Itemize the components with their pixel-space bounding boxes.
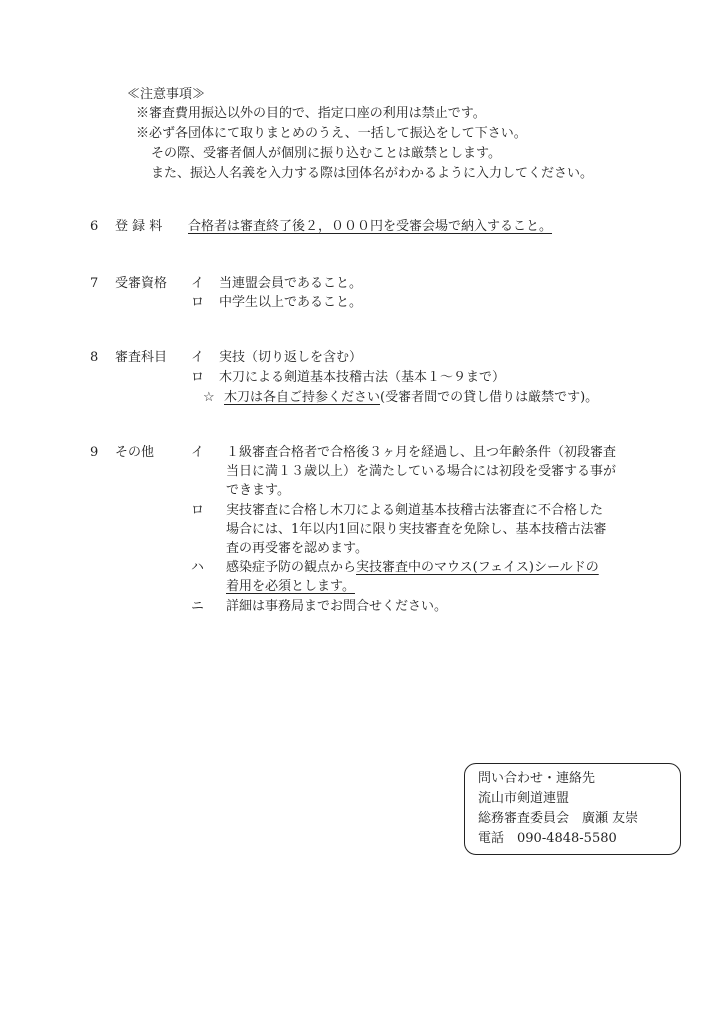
- item-text: 実技（切り返しを含む）: [219, 349, 362, 367]
- section-title: 審査科目: [115, 349, 167, 367]
- item-marker: ニ: [191, 598, 204, 616]
- note-line: ※必ず各団体にて取りまとめのうえ、一括して振込をして下さい。: [136, 125, 527, 143]
- item-line: １級審査合格者で合格後３ヶ月を経過し、且つ年齢条件（初段審査: [226, 444, 616, 462]
- star-note-underlined: 木刀は各自ご持参ください: [224, 390, 380, 405]
- item-marker: イ: [191, 275, 204, 293]
- item-line-underlined: 実技審査中のマウス(フェイス)シールドの: [356, 560, 599, 575]
- contact-person: 総務審査委員会 廣瀬 友崇: [478, 810, 638, 828]
- item-marker: ロ: [191, 294, 204, 312]
- section-number: 7: [90, 275, 98, 293]
- section-number: 9: [90, 444, 98, 462]
- note-line: その際、受審者個人が個別に振り込むことは厳禁とします。: [151, 145, 501, 163]
- notes-heading: ≪注意事項≫: [127, 86, 205, 104]
- star-icon: ☆: [203, 389, 215, 407]
- note-line: ※審査費用振込以外の目的で、指定口座の利用は禁止です。: [136, 105, 486, 123]
- star-note-rest: (受審者間での貸し借りは厳禁です)。: [380, 390, 598, 405]
- item-marker: ロ: [191, 502, 204, 520]
- contact-phone: 電話 090-4848-5580: [478, 830, 617, 848]
- section-number: 6: [90, 218, 98, 236]
- item-text: 中学生以上であること。: [219, 294, 362, 312]
- item-line: できます。: [226, 482, 290, 500]
- item-line: 実技審査に合格し木刀による剣道基本技稽古法審査に不合格した: [226, 502, 603, 520]
- note-line: また、振込人名義を入力する際は団体名がわかるように入力してください。: [151, 165, 593, 183]
- item-line: 詳細は事務局までお問合せください。: [226, 598, 447, 616]
- item-line-plain: 感染症予防の観点から: [226, 560, 356, 575]
- contact-heading: 問い合わせ・連絡先: [478, 770, 595, 788]
- section-number: 8: [90, 349, 98, 367]
- item-marker: イ: [191, 444, 204, 462]
- section-text: 合格者は審査終了後２，０００円を受審会場で納入すること。: [188, 218, 552, 236]
- section-title: 登 録 料: [115, 218, 162, 236]
- item-marker: ロ: [191, 369, 204, 387]
- item-line: 査の再受審を認めます。: [226, 540, 368, 558]
- section-title: その他: [115, 444, 154, 462]
- item-line: 当日に満１３歳以上）を満たしている場合には初段を受審する事が: [226, 463, 616, 481]
- item-line: 場合には、1年以内1回に限り実技審査を免除し、基本技稽古法審: [226, 521, 607, 539]
- item-text: 木刀による剣道基本技稽古法（基本１～９まで）: [219, 369, 505, 387]
- section-title: 受審資格: [115, 275, 167, 293]
- item-marker: ハ: [191, 559, 204, 577]
- item-marker: イ: [191, 349, 204, 367]
- contact-org: 流山市剣道連盟: [478, 790, 569, 808]
- item-line-underlined: 着用を必須とします。: [226, 578, 355, 596]
- item-text: 当連盟会員であること。: [219, 275, 362, 293]
